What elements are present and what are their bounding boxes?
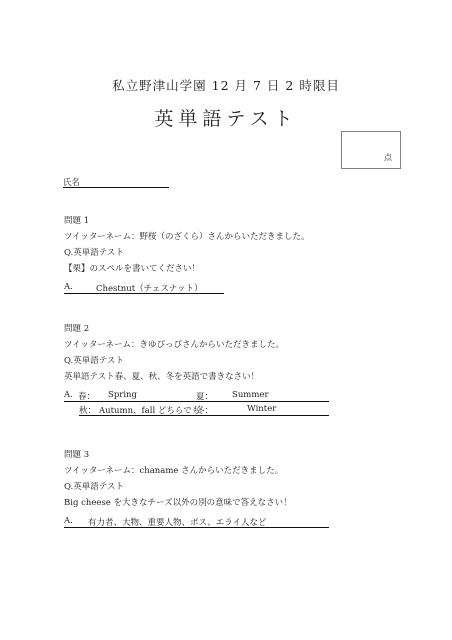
question-2-number: 問題 2: [64, 322, 89, 334]
autumn-answer: Autumn、fall どちらでも: [99, 404, 200, 416]
answer-prefix: A.: [64, 516, 73, 526]
question-2-prompt: 英単語テスト春、夏、秋、冬を英語で書きなさい！: [64, 370, 259, 382]
question-1-answer: Chestnut（チェスナット）: [96, 282, 203, 294]
question-3-answer: 有力者、大物、重要人物、ボス、エライ人など: [88, 516, 267, 528]
question-2-answer-line-1: A. 春： Spring 夏： Summer: [64, 390, 329, 402]
question-2-credit: ツイッターネーム：きゆぴっぴさんからいただきました。: [64, 338, 284, 350]
question-1-number: 問題 1: [64, 214, 89, 226]
spring-answer: Spring: [108, 390, 137, 400]
question-3-number: 問題 3: [64, 448, 89, 460]
question-2-answer-line-2: 秋： Autumn、fall どちらでも 冬： Winter: [79, 404, 329, 416]
school-header: 私立野津山学園 12 月 7 日 2 時限目: [0, 76, 452, 94]
score-box[interactable]: 点: [341, 131, 401, 169]
question-3-prompt: Big cheese を大きなチーズ以外の別の意味で答えなさい！: [64, 496, 292, 508]
winter-answer: Winter: [247, 404, 276, 414]
answer-prefix: A.: [64, 282, 73, 292]
summer-answer: Summer: [232, 390, 269, 400]
autumn-label: 秋：: [79, 404, 96, 416]
question-2-category: Q.英単語テスト: [64, 354, 124, 366]
spring-label: 春：: [78, 390, 95, 402]
page-title: 英単語テスト: [0, 104, 452, 131]
question-1-answer-line: A. Chestnut（チェスナット）: [64, 282, 224, 294]
answer-prefix: A.: [64, 390, 73, 400]
question-3-credit: ツイッターネーム：chaname さんからいただきました。: [64, 464, 283, 476]
name-label: 氏名: [63, 178, 80, 188]
summer-label: 夏：: [196, 390, 213, 402]
question-3-category: Q.英単語テスト: [64, 480, 124, 492]
score-label: 点: [384, 152, 392, 163]
winter-label: 冬：: [196, 404, 213, 416]
question-1-category: Q.英単語テスト: [64, 246, 124, 258]
question-3-answer-line: A. 有力者、大物、重要人物、ボス、エライ人など: [64, 516, 329, 528]
name-field[interactable]: 氏名: [63, 176, 169, 188]
question-1-prompt: 【栗】のスペルを書いてください！: [64, 262, 200, 274]
question-1-credit: ツイッターネーム：野桜（のざくら）さんからいただきました。: [64, 230, 309, 242]
